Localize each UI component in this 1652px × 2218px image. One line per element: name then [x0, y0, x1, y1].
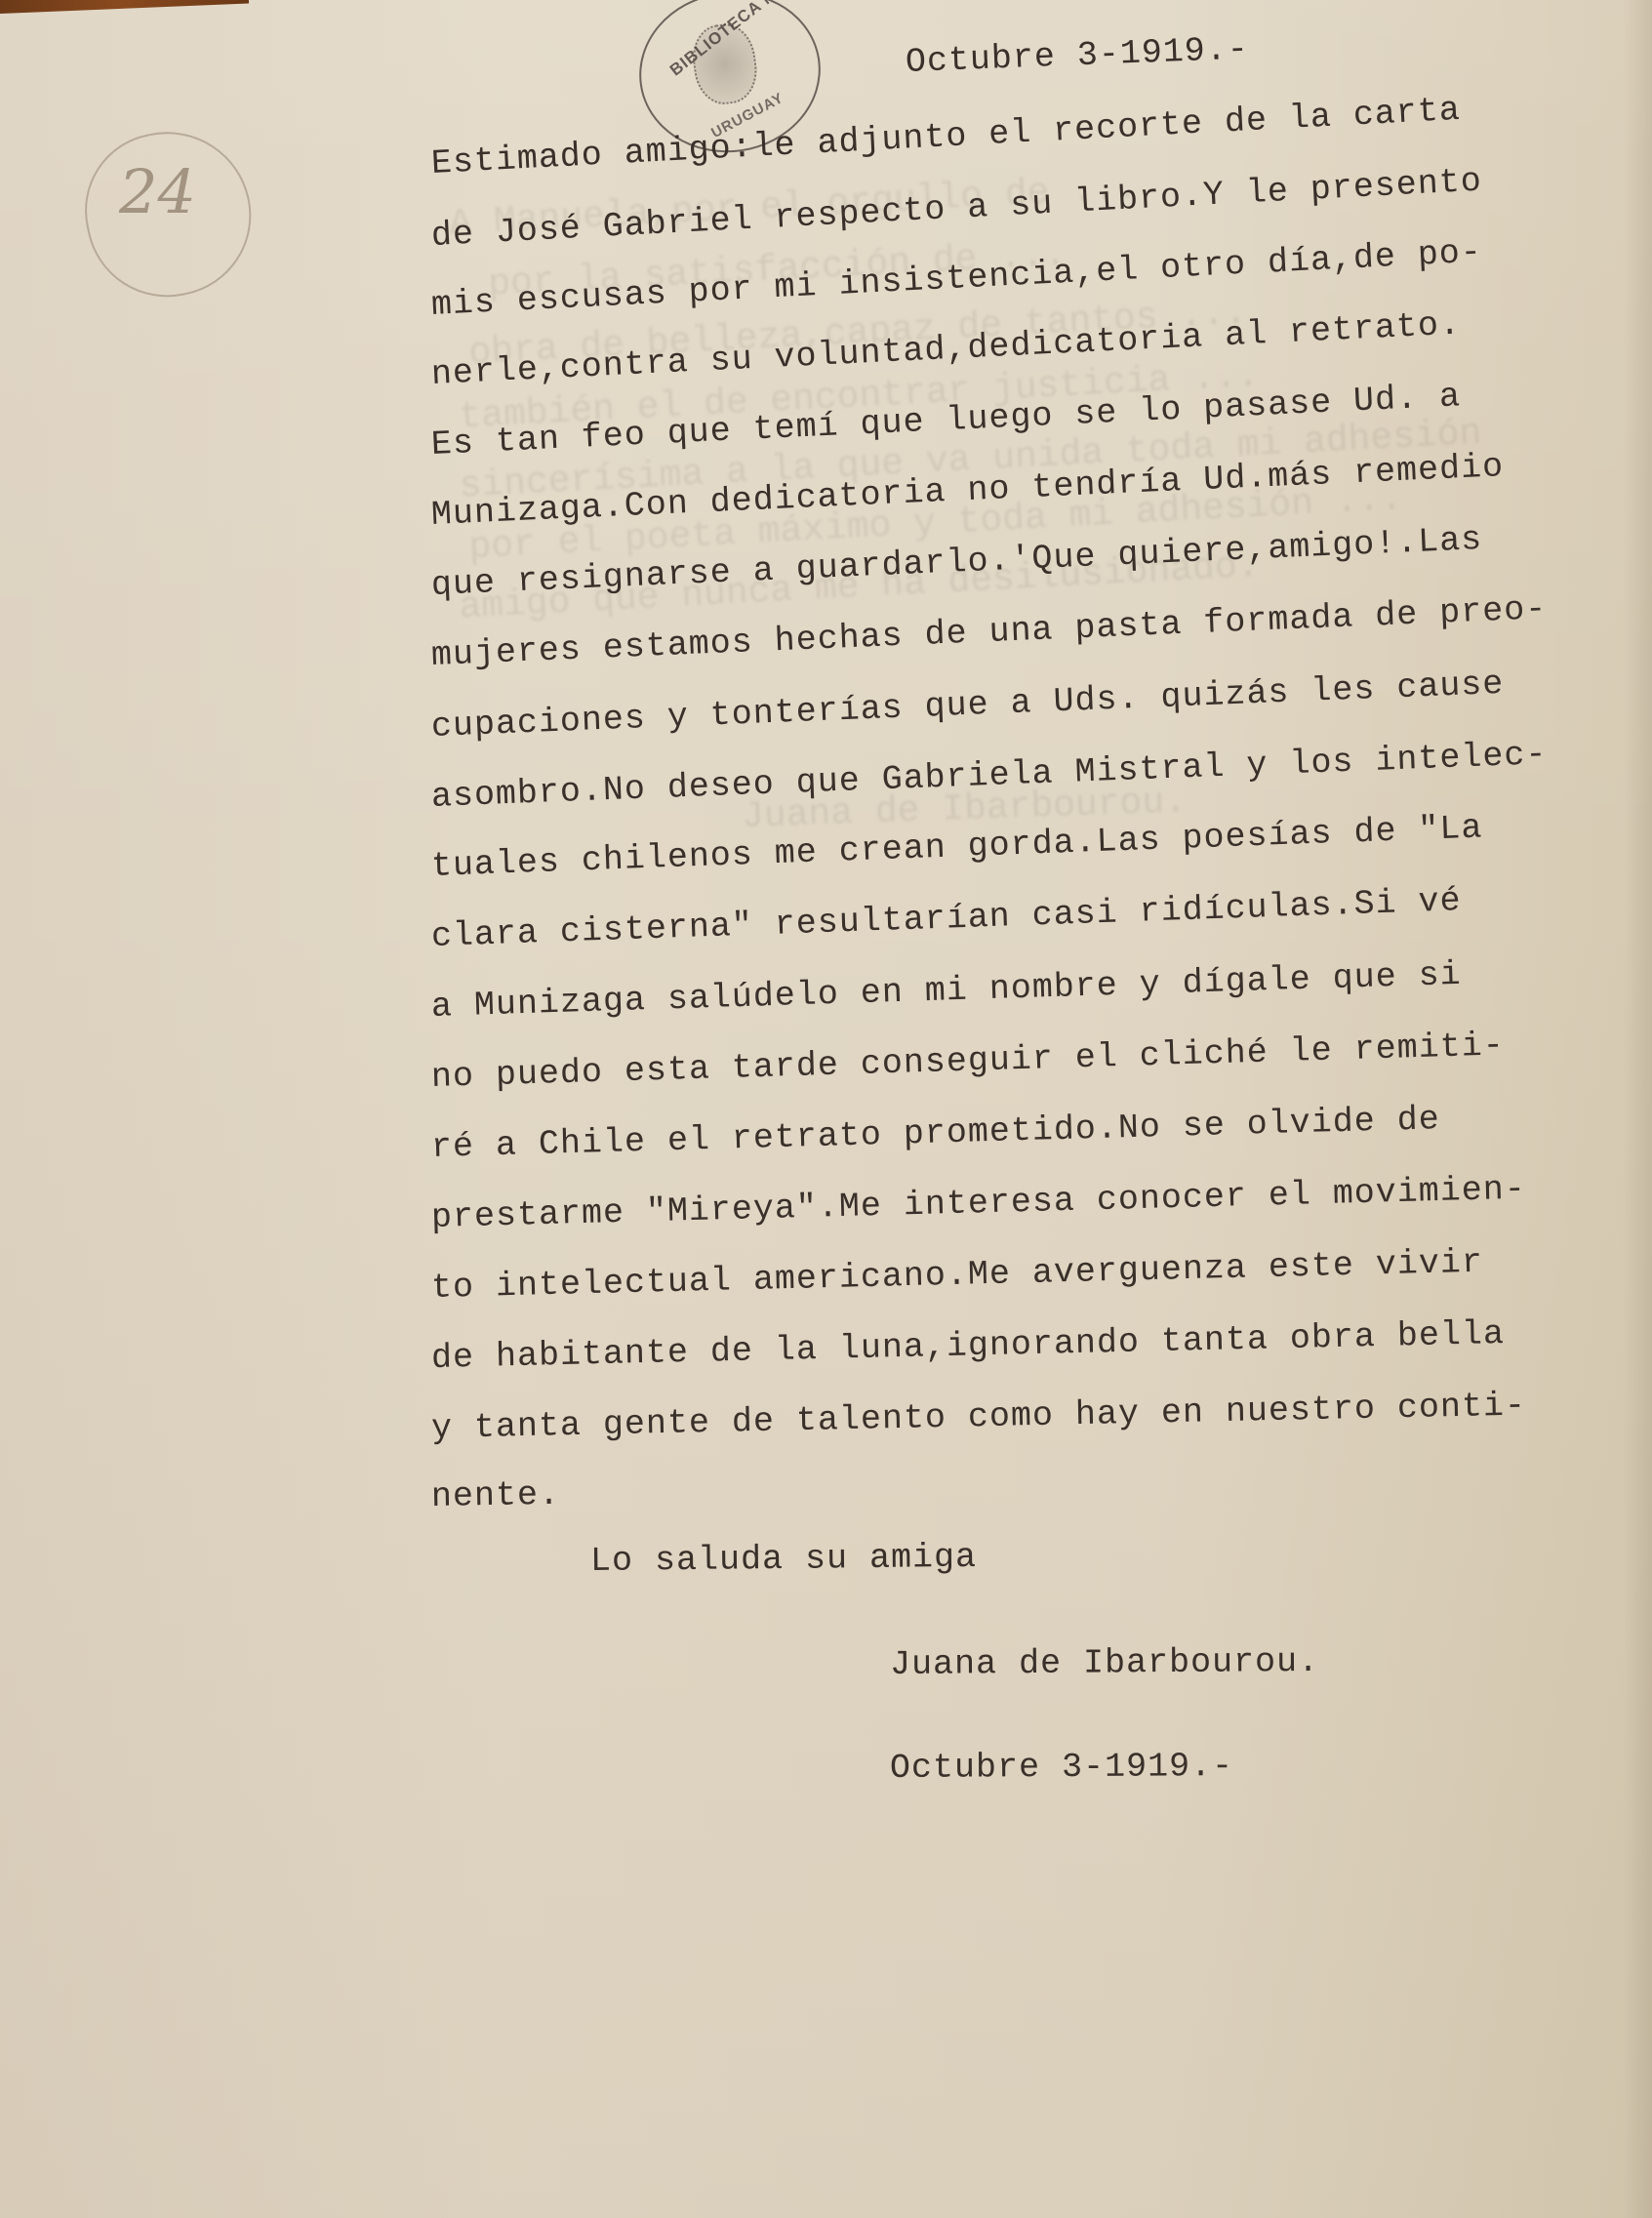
date-footer: Octubre 3-1919.- — [890, 1747, 1233, 1788]
signature: Juana de Ibarbourou. — [890, 1642, 1319, 1684]
folio-number: 24 — [119, 156, 196, 227]
coat-of-arms-icon — [688, 20, 761, 108]
closing-line: Lo saluda su amiga — [590, 1538, 977, 1581]
body-line: nente. — [431, 1475, 561, 1516]
page-shadow — [1623, 0, 1652, 2218]
